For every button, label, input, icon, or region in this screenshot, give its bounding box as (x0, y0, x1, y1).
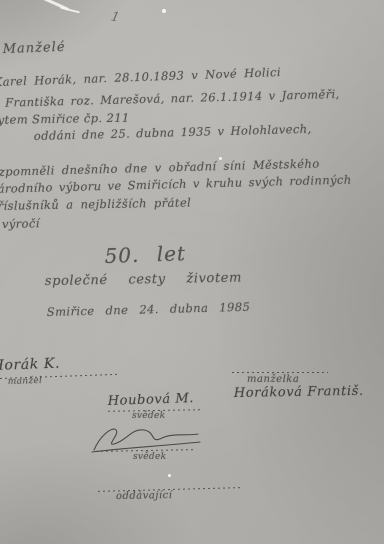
wife-signature: Horáková Františ. (234, 384, 364, 401)
husband-signature: Horák K. (0, 356, 60, 374)
salutation-line: Manželé (2, 40, 65, 57)
officiant-role-label: oddávající (116, 490, 173, 502)
dateline: Smiřice dne 24. dubna 1985 (47, 300, 251, 319)
body-line: příslušníků a nejbližších přátel (0, 195, 191, 213)
wife-role-label: manželka (247, 374, 299, 385)
intro-line: a Františka roz. Marešová, nar. 26.1.191… (0, 87, 340, 110)
husband-role-label: manžel (8, 376, 43, 387)
scan-speck (168, 474, 171, 477)
intro-line: Karel Horák, nar. 28.10.1893 v Nové Holi… (0, 65, 281, 89)
body-line: výročí (2, 216, 40, 231)
wife-signature-line (232, 372, 328, 373)
witness-1-role-label: svědek (132, 411, 165, 421)
anniversary-subtitle: společné cesty životem (45, 271, 242, 289)
witness-2-role-label: svědek (133, 452, 166, 462)
anniversary-title: 50. let (104, 241, 186, 268)
scanned-document-page: 1 Manželé Karel Horák, nar. 28.10.1893 v… (0, 0, 384, 544)
scratch-artifact (60, 7, 80, 14)
scan-speck (162, 9, 166, 13)
intro-line: bytem Smiřice čp. 211 (0, 111, 130, 127)
page-mark: 1 (110, 9, 121, 25)
witness-1-signature: Houbová M. (107, 391, 194, 409)
